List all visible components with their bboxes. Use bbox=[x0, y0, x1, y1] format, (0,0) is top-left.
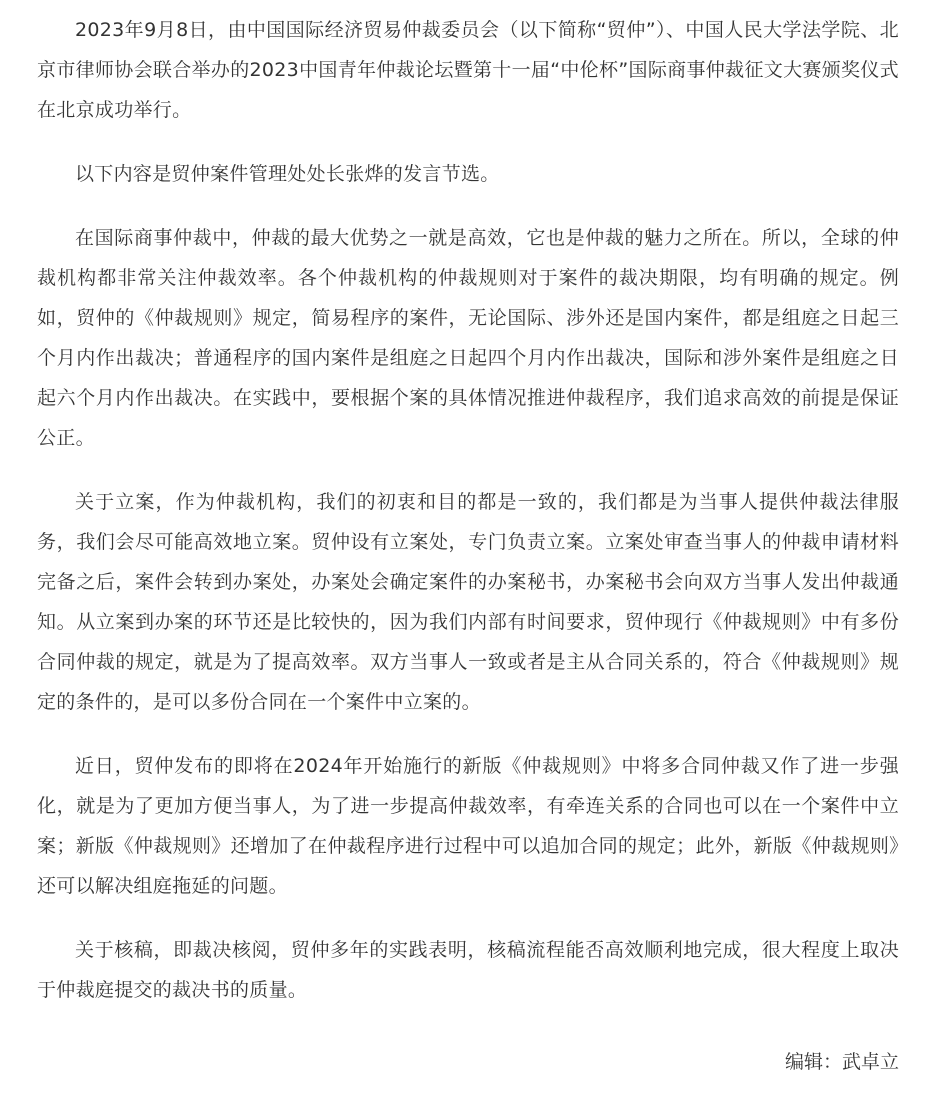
paragraph-award-review: 关于核稿，即裁决核阅，贸仲多年的实践表明，核稿流程能否高效顺利地完成，很大程度上… bbox=[37, 930, 899, 1010]
paragraph-speech-note: 以下内容是贸仲案件管理处处长张烨的发言节选。 bbox=[37, 154, 899, 194]
paragraph-new-rules: 近日，贸仲发布的即将在2024年开始施行的新版《仲裁规则》中将多合同仲裁又作了进… bbox=[37, 746, 899, 906]
article-body: 2023年9月8日，由中国国际经济贸易仲裁委员会（以下简称“贸仲”）、中国人民大… bbox=[37, 10, 899, 1034]
paragraph-case-filing: 关于立案，作为仲裁机构，我们的初衷和目的都是一致的，我们都是为当事人提供仲裁法律… bbox=[37, 482, 899, 722]
editor-credit: 编辑：武卓立 bbox=[785, 1042, 899, 1082]
paragraph-efficiency: 在国际商事仲裁中，仲裁的最大优势之一就是高效，它也是仲裁的魅力之所在。所以，全球… bbox=[37, 218, 899, 458]
paragraph-event-intro: 2023年9月8日，由中国国际经济贸易仲裁委员会（以下简称“贸仲”）、中国人民大… bbox=[37, 10, 899, 130]
